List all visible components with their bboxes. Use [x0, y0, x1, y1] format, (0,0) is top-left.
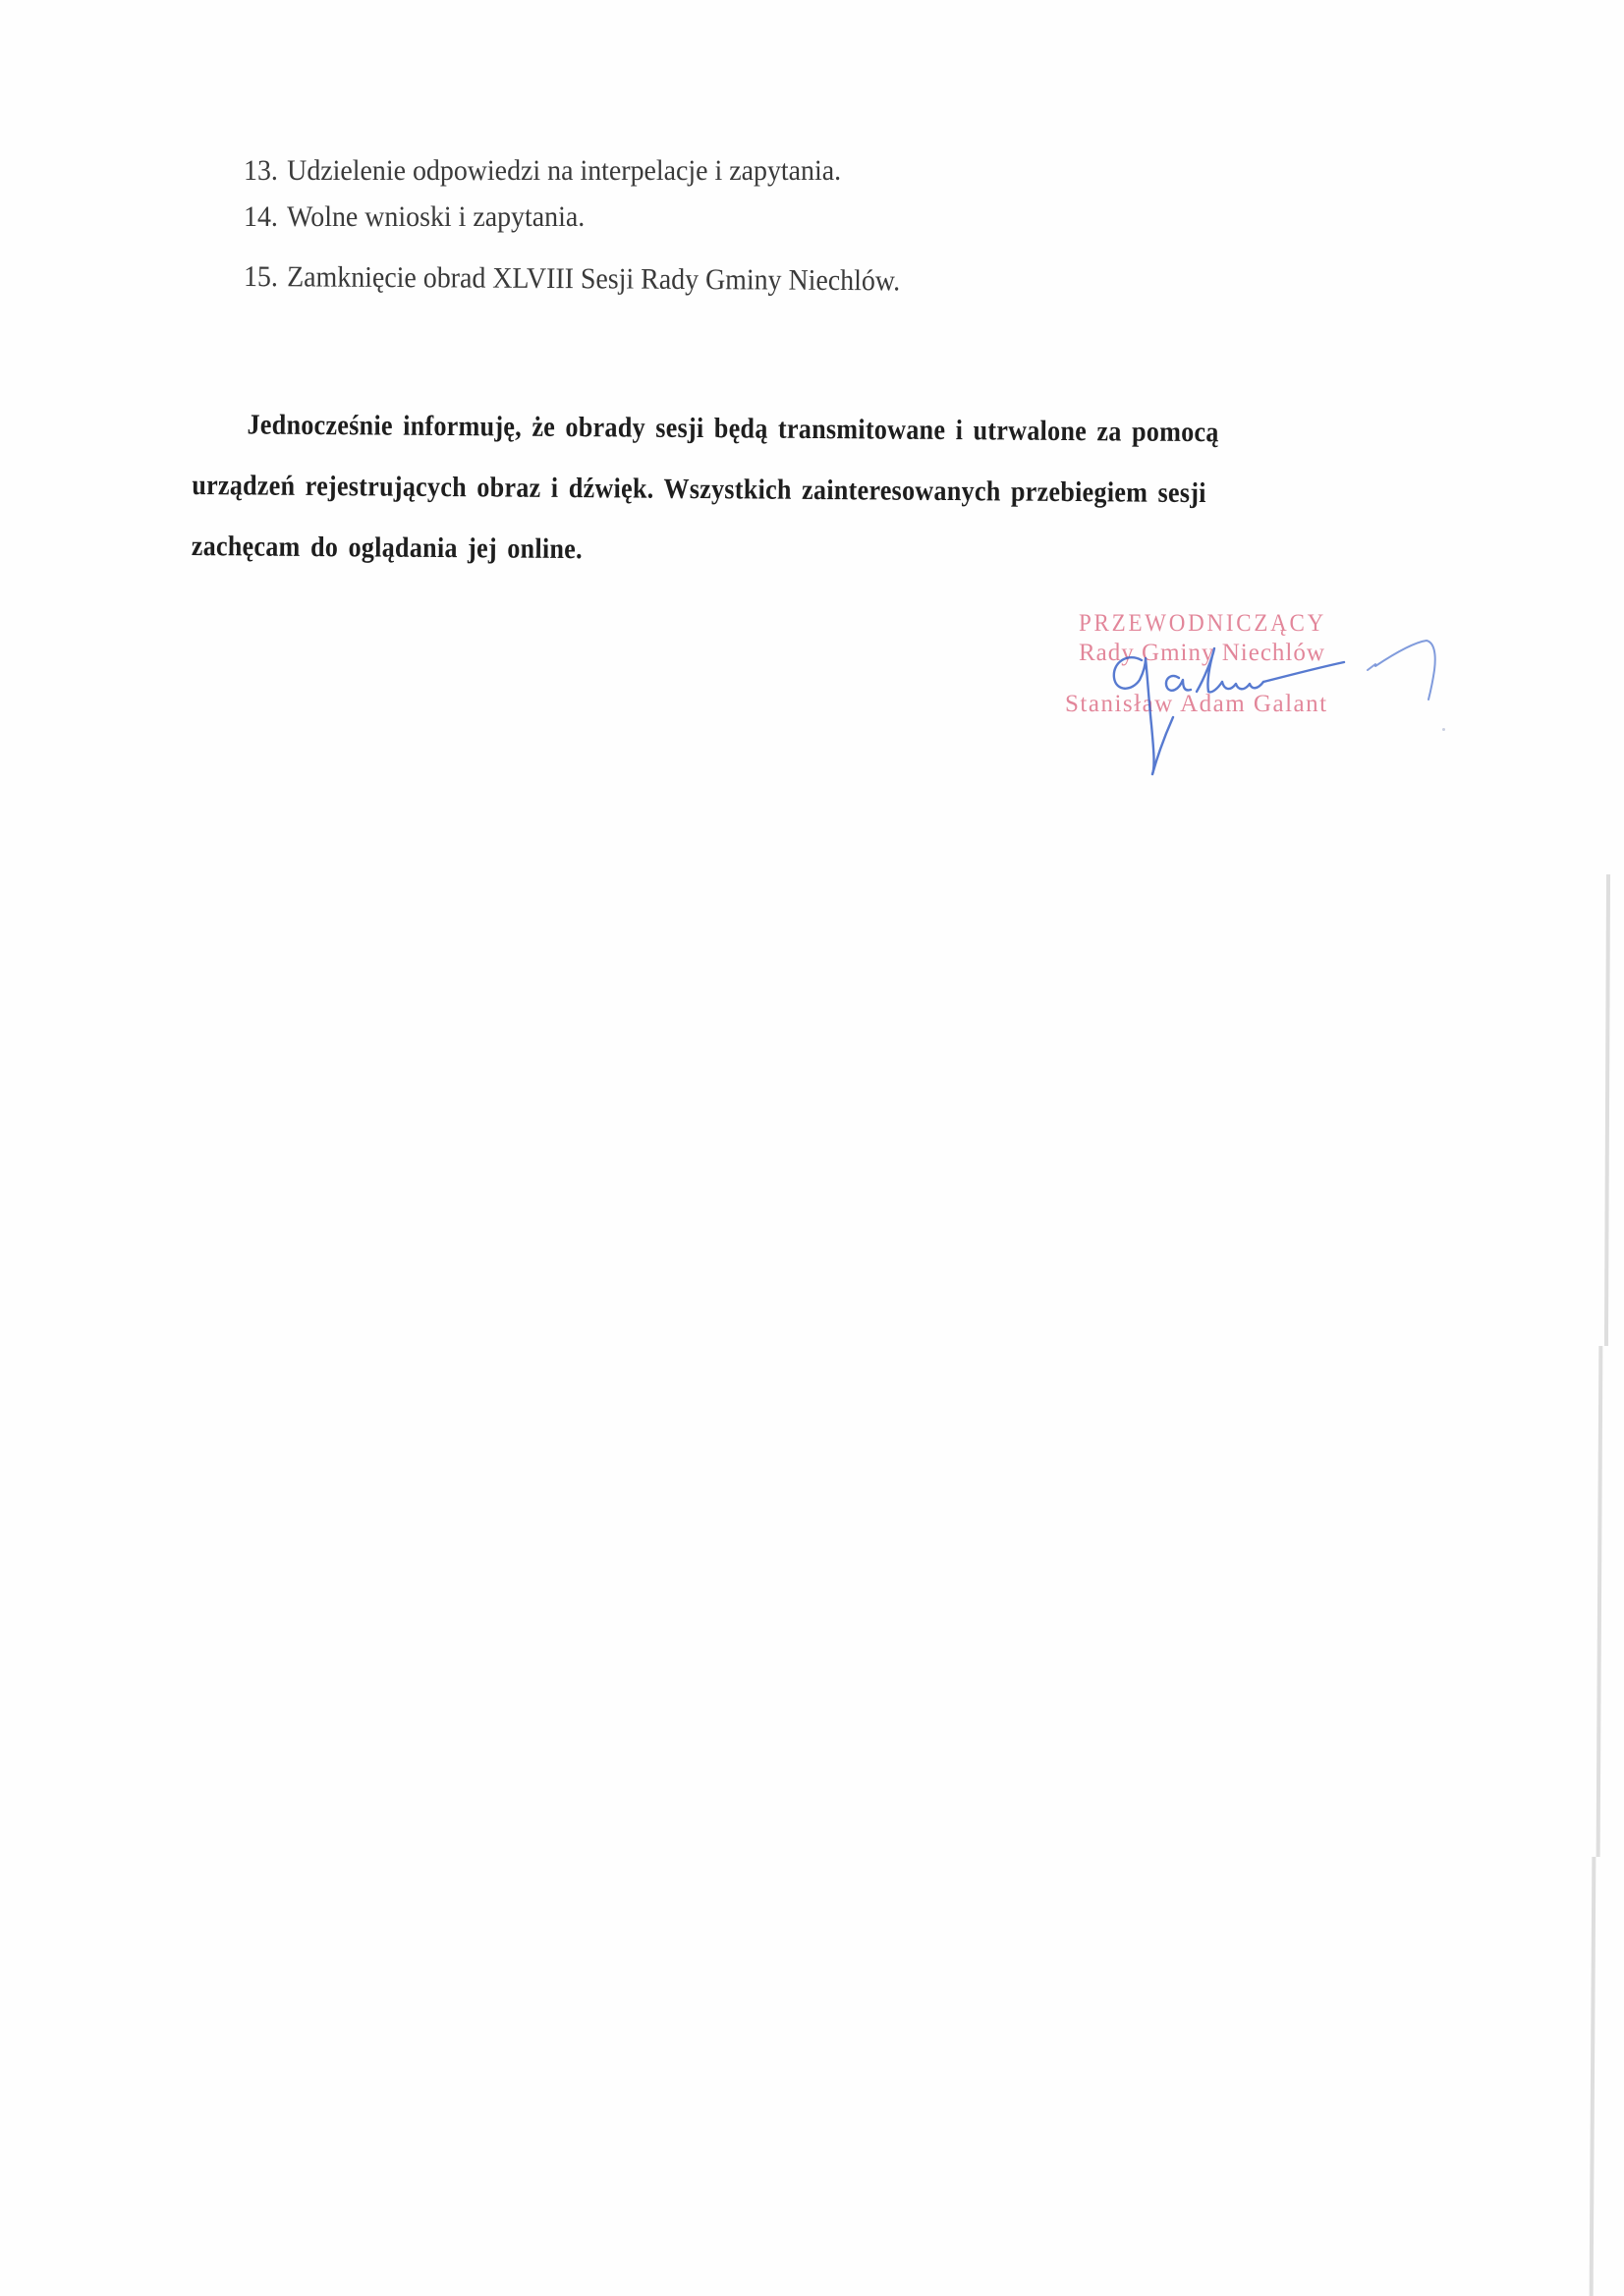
document-page: 13.Udzielenie odpowiedzi na interpelacje…	[0, 0, 1624, 2296]
chairman-stamp: PRZEWODNICZĄCY Rady Gminy Niechlów Stani…	[1079, 609, 1373, 719]
agenda-item-number: 13.	[244, 147, 278, 194]
notice-line: urządzeń rejestrujących obraz i dźwięk. …	[192, 455, 1332, 525]
scan-speck	[1442, 728, 1445, 731]
scan-edge-line	[1596, 1346, 1603, 1857]
notice-line: Jednocześnie informuję, że obrady sesji …	[193, 394, 1333, 464]
scan-edge-line	[1604, 874, 1610, 1346]
agenda-item: 14.Wolne wnioski i zapytania.	[244, 194, 900, 240]
agenda-item-text: Udzielenie odpowiedzi na interpelacje i …	[287, 154, 841, 187]
agenda-item-number: 15.	[244, 253, 278, 300]
broadcast-notice-paragraph: Jednocześnie informuję, że obrady sesji …	[192, 394, 1460, 587]
notice-line: zachęcam do oglądania jej online.	[192, 516, 1332, 586]
scan-edge-line	[1590, 1857, 1596, 2296]
agenda-item: 13.Udzielenie odpowiedzi na interpelacje…	[244, 147, 900, 194]
stamp-name: Stanisław Adam Galant	[1065, 690, 1373, 719]
agenda-item: 15.Zamknięcie obrad XLVIII Sesji Rady Gm…	[244, 253, 900, 304]
agenda-item-number: 14.	[244, 194, 278, 240]
stamp-council: Rady Gminy Niechlów	[1079, 639, 1373, 668]
agenda-item-text: Wolne wnioski i zapytania.	[287, 200, 585, 233]
agenda-list: 13.Udzielenie odpowiedzi na interpelacje…	[244, 147, 900, 300]
stamp-title: PRZEWODNICZĄCY	[1079, 609, 1350, 639]
agenda-item-text: Zamknięcie obrad XLVIII Sesji Rady Gminy…	[287, 260, 900, 297]
